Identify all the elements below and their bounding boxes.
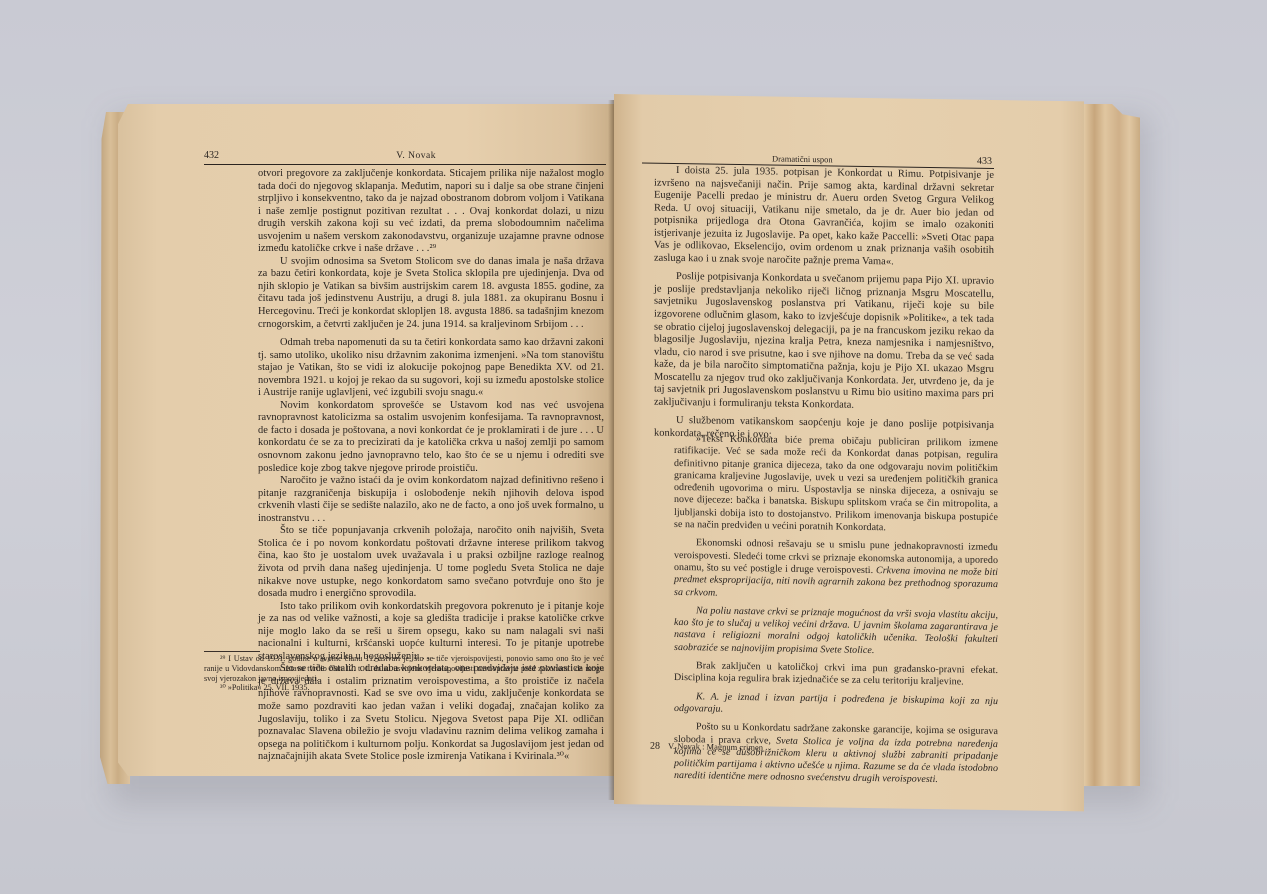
paragraph: I doista 25. jula 1935. potpisan je Konk… (654, 165, 994, 271)
paragraph: otvori pregovore za zaključenje konkorda… (258, 168, 604, 256)
signature-text: V. Novak : Magnum crimen (668, 741, 763, 752)
paragraph: U svojim odnosima sa Svetom Stolicom sve… (258, 256, 604, 331)
paragraph: Novim konkordatom sprovešće se Ustavom k… (258, 400, 604, 475)
quote-paragraph: »Tekst Konkordata biće prema običaju pub… (674, 433, 998, 536)
left-page-footnotes: ²⁹ I Ustav od 1931. godine u svome članu… (204, 654, 604, 693)
footnote: ²⁹ I Ustav od 1931. godine u svome članu… (204, 654, 604, 683)
quote-paragraph: Brak zaključen u katoličkoj crkvi ima pu… (674, 660, 998, 690)
page-number: 433 (977, 156, 992, 167)
footnote: ³⁰ »Politika« 25. VII. 1935. (204, 683, 604, 693)
left-page: 432 V. Novak otvori pregovore za zaključ… (118, 104, 614, 776)
page-number: 432 (204, 150, 219, 161)
paragraph: Poslije potpisivanja Konkordata u svečan… (654, 271, 994, 414)
running-head: Dramatični uspon (772, 153, 833, 164)
running-head: V. Novak (396, 151, 436, 161)
paragraph: Naročito je važno istaći da je ovim konk… (258, 475, 604, 525)
header-rule (204, 164, 606, 165)
vatican-communique-quote: »Tekst Konkordata biće prema običaju pub… (674, 433, 998, 788)
quote-paragraph: Ekonomski odnosi rešavaju se u smislu pu… (674, 537, 998, 604)
signature-number: 28 (650, 741, 660, 752)
paragraph: Što se tiče popunjavanja crkvenih položa… (258, 525, 604, 600)
footnote-rule (204, 651, 260, 652)
quote-paragraph: Na poliu nastave crkvi se priznaje moguć… (674, 605, 998, 659)
quote-paragraph: K. A. je iznad i izvan partija i podređe… (674, 691, 998, 721)
right-page-body: I doista 25. jula 1935. potpisan je Konk… (654, 165, 994, 446)
right-page: Dramatični uspon 433 I doista 25. jula 1… (614, 94, 1084, 811)
signature-mark: 28 V. Novak : Magnum crimen (650, 741, 763, 754)
left-page-header: 432 V. Novak (204, 150, 604, 161)
paragraph: Odmah treba napomenuti da su ta četiri k… (258, 337, 604, 400)
quote-paragraph: Pošto su u Konkordatu sadržane zakonske … (674, 721, 998, 788)
